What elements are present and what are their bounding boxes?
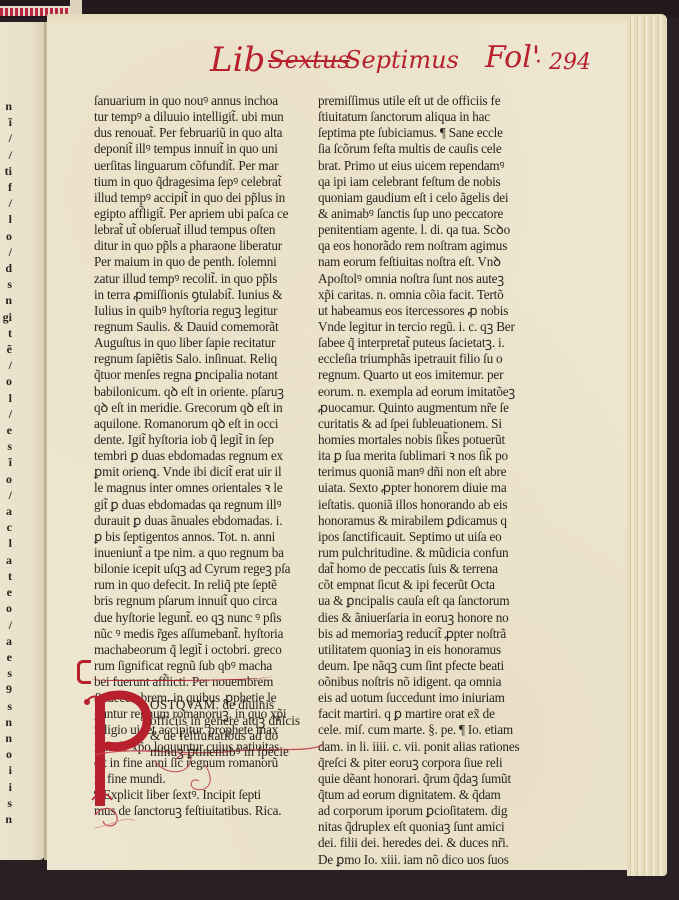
text-line: ad corporum iporum ꝑcioſitatem. dig xyxy=(318,803,528,819)
incipit-text-run: & de feſtiuitatibus ad do xyxy=(150,728,278,743)
text-line: honoramus & mirabilem ꝑdicamus q xyxy=(318,513,528,529)
fragment-glyph: o xyxy=(0,600,12,616)
fragment-glyph: s xyxy=(0,438,12,454)
text-line: ſia ſcõrum feſta multis de cauſis cele xyxy=(318,141,528,157)
text-line: inueniunt̃ a tpe nim. a quo regnum ba xyxy=(94,545,299,561)
rubric-bracket xyxy=(77,660,91,684)
text-line: ſtiuitatum ſanctorum aliqua in hac xyxy=(318,109,528,125)
fragment-glyph: e xyxy=(0,422,12,438)
text-line: ſabee q̃ interpretat̃ puteus ſacietatꝫ. … xyxy=(318,335,528,351)
text-line: bilonie icepit uſqꝫ ad Cyrum regeꝫ pſa xyxy=(94,561,299,577)
text-line: terimus quoniã manꝰ dñi non eſt abre xyxy=(318,464,528,480)
text-line: De ꝑmo Io. xiii. iam nõ dico uos ſuos xyxy=(318,852,528,868)
text-line: ſeptima pte ſubiciamus. ¶ Sane eccle xyxy=(318,125,528,141)
text-line: oõnibus noſtris nõ idigent. qa omnia xyxy=(318,674,528,690)
fragment-glyph: a xyxy=(0,633,12,649)
fragment-glyph: / xyxy=(0,487,12,503)
fragment-glyph: t xyxy=(0,325,12,341)
running-head: Lib Sextus Septimus Fol' · 294 xyxy=(200,40,610,88)
fragment-glyph: l xyxy=(0,390,12,406)
text-line: rum pulchritudine. & mũdicia confun xyxy=(318,545,528,561)
initial-flourish xyxy=(95,745,325,855)
fragment-glyph: l xyxy=(0,535,12,551)
text-line: q̃reſci & piter eoruꝫ corpora ſiue reli xyxy=(318,755,528,771)
running-head-lib: Lib xyxy=(210,40,265,80)
text-line: aquilone. Romanorum qꝺ eſt in occi xyxy=(94,416,299,432)
fragment-glyph: o xyxy=(0,471,12,487)
text-line: ditur in quo pp̃ls a pharaone liberatur xyxy=(94,238,299,254)
text-line: ꝓuocamur. Quinto augmentum nr̃e ſe xyxy=(318,400,528,416)
text-line: facit martiri. q ꝑ martire orat ex̃ de xyxy=(318,706,528,722)
running-head-fol: Fol' xyxy=(485,40,540,75)
folio-number: · 294 xyxy=(535,50,591,75)
fragment-glyph: / xyxy=(0,147,12,163)
text-line: ita ꝑ ſua merita ſublimari ꝛ nos ſik̃ po xyxy=(318,448,528,464)
text-line: illud tempꝰ accipit̃ in quo dei pp̃lus i… xyxy=(94,190,299,206)
text-line: qa eos honorãdo rem noſtram agimus xyxy=(318,238,528,254)
text-line: utilitatem quoniaꝫ in eis honoramus xyxy=(318,642,528,658)
text-line: dus renouat̃. Per februariũ in quo alta xyxy=(94,125,299,141)
incipit-line: officiis in genere atqꝫ dñicis xyxy=(150,713,300,729)
text-line: ſanuarium in quo nouꝰ annus inchoa xyxy=(94,93,299,109)
text-line: cele. miſ. cum marte. §. pe. ¶ Io. etiam xyxy=(318,722,528,738)
fragment-glyph: i xyxy=(0,779,12,795)
fragment-glyph: n xyxy=(0,98,12,114)
text-line: cõt empnat ſicut & ipi fecerũt Octa xyxy=(318,577,528,593)
text-line: Apoſtolꝰ omnia noſtra ſunt nos auteꝫ xyxy=(318,271,528,287)
fragment-glyph: c xyxy=(0,519,12,535)
text-line: eis ad uotum ſuccedunt imo iniuriam xyxy=(318,690,528,706)
text-line: quoniam gaudium eſt i celo ãgelis dei xyxy=(318,190,528,206)
incipit-line: OSTQVAM. de diuinis xyxy=(150,697,300,713)
text-line: nam eorum feſtiuitas noſtra eſt. Vnꝺ xyxy=(318,254,528,270)
text-line: ꝑ bis ſeptigentos annos. Tot. n. anni xyxy=(94,529,299,545)
text-line: machabeorum q̃ legit̃ i octobri. greco xyxy=(94,642,299,658)
fragment-glyph: s xyxy=(0,698,12,714)
text-line: & animabꝰ ſanctis ſup uno peccatore xyxy=(318,206,528,222)
incipit-text: OSTQVAM. de diuinisofficiis in genere at… xyxy=(150,697,300,759)
incipit-text-run: officiis in genere atqꝫ dñicis xyxy=(150,713,300,728)
fragment-glyph: s xyxy=(0,276,12,292)
fragment-glyph: d xyxy=(0,260,12,276)
fragment-glyph: gi xyxy=(0,309,12,325)
text-line: rum in quo defecit. In reliq̃ pte ſeptẽ xyxy=(94,577,299,593)
text-line: dies & ãniuerſaria in eoruꝫ honore no xyxy=(318,610,528,626)
text-line: bis ad memoriaꝫ reducit̃ ꝓpter noſtrã xyxy=(318,626,528,642)
fragment-glyph: ẽ xyxy=(0,341,12,357)
text-line: regnum. Quarto ut eos imitemur. per xyxy=(318,367,528,383)
fragment-glyph: n xyxy=(0,292,12,308)
text-line: ꝛc. de ſcꝺo Io. i. dedit eis ptãtem fili… xyxy=(318,868,528,884)
text-line: premiſſimus utile eſt ut de officiis fe xyxy=(318,93,528,109)
text-line: babilonicum. qꝺ eſt in oriente. pſaruꝫ xyxy=(94,384,299,400)
text-line: lebrat̃ ut̃ obſeruat̃ illud tempus oſten xyxy=(94,222,299,238)
text-line: q̃tuor menſes regna ꝑncipalia notant xyxy=(94,367,299,383)
text-line: curitatis & ad ſpei ſubleuationem. Si xyxy=(318,416,528,432)
fragment-glyph: n xyxy=(0,730,12,746)
fragment-glyph: / xyxy=(0,357,12,373)
text-line: dei. filii dei. heredes dei. & duces nr̃… xyxy=(318,835,528,851)
running-head-struck-word: Sextus xyxy=(268,46,350,74)
text-line: regnum ſapiẽtis Salo. inſinuat. Reliq xyxy=(94,351,299,367)
left-page-text-fragment: nĩ//tif/lo/dsngitẽ/ol/esĩo/aclateo/aes9s… xyxy=(0,98,12,827)
incipit-text-run: minuꝫ ꝑtinentibꝰ in ſpecie xyxy=(150,744,289,759)
text-line: bris regnum pſarum innuit̃ quo circa xyxy=(94,593,299,609)
text-line: tur tempꝰ a diluuio intelligit̃. ubi mun xyxy=(94,109,299,125)
text-line: git̃ ꝑ duas ebdomadas qa regnum illꝰ xyxy=(94,497,299,513)
fragment-glyph: / xyxy=(0,244,12,260)
text-line: Per maium in quo de penth. ſolemni xyxy=(94,254,299,270)
text-line: uerſitas linguarum cõfundit̃. Per mar xyxy=(94,158,299,174)
fragment-glyph: ti xyxy=(0,163,12,179)
text-line: penitentiam agente. l. di. qa tua. Scꝺo xyxy=(318,222,528,238)
incipit-line: & de feſtiuitatibus ad do xyxy=(150,728,300,744)
text-line: xp̃i caritas. n. omnia cõia facit. Tertõ xyxy=(318,287,528,303)
text-line: Auguſtus in quo liber ſapie recitatur xyxy=(94,335,299,351)
text-line: Vnde legitur in tercio regũ. i. c. qꝫ Be… xyxy=(318,319,528,335)
fragment-glyph: i xyxy=(0,762,12,778)
fragment-glyph: ĩ xyxy=(0,454,12,470)
text-line: brat. Primo ut eius uicem rependamꝰ xyxy=(318,158,528,174)
text-line: ieſtatis. quoniã illos honorando ab eis xyxy=(318,497,528,513)
text-line: uiata. Sexto ꝓpter honorem diuie ma xyxy=(318,480,528,496)
fragment-glyph: / xyxy=(0,406,12,422)
text-line: eccleſia triumphãs ipetrauit filio ſu o xyxy=(318,351,528,367)
fragment-glyph: o xyxy=(0,373,12,389)
text-line: dente. Igit̃ hyſtoria iob q̃ legit̃ in ſ… xyxy=(94,432,299,448)
fragment-glyph: l xyxy=(0,211,12,227)
fragment-glyph: s xyxy=(0,795,12,811)
fragment-glyph: o xyxy=(0,228,12,244)
text-line: qꝺ eſt in meridie. Grecorum qꝺ eſt in xyxy=(94,400,299,416)
incipit-capitals: OSTQVAM. xyxy=(150,697,219,712)
text-line: deponit̃ illꝰ tempus innuit̃ in quo uni xyxy=(94,141,299,157)
text-line: tium in quo q̃dragesima ſepꝰ celebrat̃ xyxy=(94,174,299,190)
text-line: regnum Saulis. & Dauid comemorãt xyxy=(94,319,299,335)
fragment-glyph: / xyxy=(0,617,12,633)
text-line: dei fieri. De tercio romanorum. viii. xyxy=(318,884,528,900)
fragment-glyph: s xyxy=(0,665,12,681)
text-line: ua & ꝑncipalis cauſa eſt qa ſanctorum xyxy=(318,593,528,609)
incipit-line: minuꝫ ꝑtinentibꝰ in ſpecie xyxy=(150,744,300,760)
fragment-glyph: o xyxy=(0,746,12,762)
running-head-book-number: Septimus xyxy=(345,46,459,74)
text-column-right: premiſſimus utile eſt ut de officiis feſ… xyxy=(318,93,528,900)
text-line: in terra ꝓmiſſionis ꝯtulabit̃. Iunius & xyxy=(94,287,299,303)
text-line: ipos ſanctificauit. Septimo ut uiſa eo xyxy=(318,529,528,545)
fragment-glyph: a xyxy=(0,503,12,519)
text-line: deum. Ipe nãqꝫ cum ſint pfecte beati xyxy=(318,658,528,674)
text-line: tembri ꝑ duas ebdomadas regnum ex xyxy=(94,448,299,464)
text-line: quie dẽant honorari. q̃rum q̃daꝫ ſumũt xyxy=(318,771,528,787)
text-line: dat̃ homo de peccatis ſuis & terrena xyxy=(318,561,528,577)
text-line: nũc ꝰ medis r̃ges aſſumebant̃. hyſtoria xyxy=(94,626,299,642)
text-line: rum ſignificat regnũ ſub qbꝰ macha xyxy=(94,658,299,674)
text-line: due hyſtorie legunt̃. eo qꝫ nunc ꝰ pſis xyxy=(94,610,299,626)
fragment-glyph: t xyxy=(0,568,12,584)
text-line: dam. in li. iiii. c. vii. ponit alias ra… xyxy=(318,739,528,755)
text-line: zatur illud tempꝰ recolit̃. in quo pp̃ls xyxy=(94,271,299,287)
text-line: le magnus inter omnes orientales ꝛ le xyxy=(94,480,299,496)
text-line: ut habeamus eos itercessores ꝓ nobis xyxy=(318,303,528,319)
fragment-glyph: a xyxy=(0,552,12,568)
text-line: Iulius in quibꝰ hyſtoria reguꝫ legitur xyxy=(94,303,299,319)
fragment-glyph: n xyxy=(0,714,12,730)
text-line: qa ipi iam celebrant feſtum de nobis xyxy=(318,174,528,190)
text-line: egipto aff̃ligit̃. Per apriem ubi paſca … xyxy=(94,206,299,222)
fragment-glyph: e xyxy=(0,649,12,665)
fragment-glyph: ĩ xyxy=(0,114,12,130)
text-line: ꝑmit orienꝗ. Vnde ibi dicit̃ erat uir il xyxy=(94,464,299,480)
text-line: eorum. n. exempla ad eorum imitatõeꝫ xyxy=(318,384,528,400)
fragment-glyph: n xyxy=(0,811,12,827)
fragment-glyph: f xyxy=(0,179,12,195)
fragment-glyph: e xyxy=(0,584,12,600)
text-line: durauit ꝑ duas ãnuales ebdomadas. i. xyxy=(94,513,299,529)
fragment-glyph: / xyxy=(0,195,12,211)
text-line: homies mortales nobis ſik̃es potuerũt xyxy=(318,432,528,448)
incipit-text-run: de diuinis xyxy=(219,697,274,712)
fragment-glyph: / xyxy=(0,130,12,146)
left-page-fragment: nĩ//tif/lo/dsngitẽ/ol/esĩo/aclateo/aes9s… xyxy=(0,22,45,860)
page-edges-right xyxy=(627,16,667,876)
fragment-glyph: 9 xyxy=(0,681,12,697)
text-line: nitas q̃druplex eſt quoniaꝫ ſunt amici xyxy=(318,819,528,835)
text-line: q̃tum ad eorum dignitatem. & q̃dam xyxy=(318,787,528,803)
